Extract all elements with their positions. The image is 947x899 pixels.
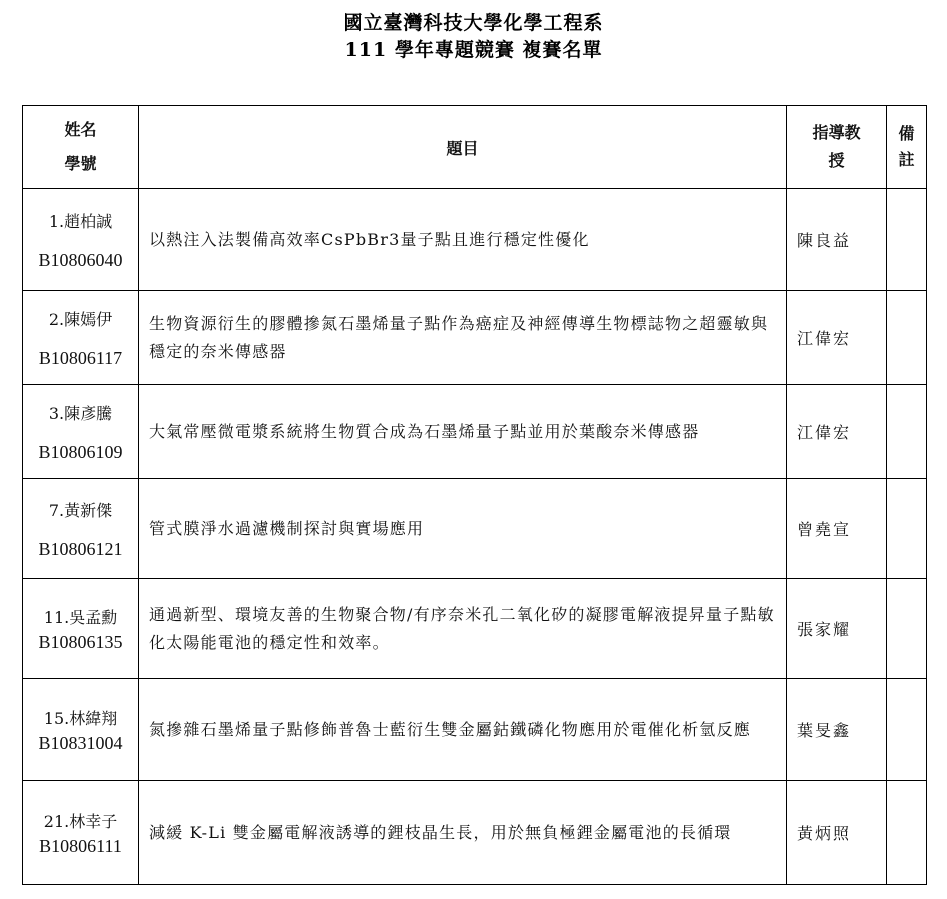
student-name: 11.吳孟勳 — [23, 605, 138, 628]
table-row: 7.黃新傑 B10806121 管式膜淨水過濾機制探討與實場應用 曾堯宣 — [23, 479, 927, 579]
student-name: 15.林緯翔 — [23, 706, 138, 729]
header-advisor-line1: 指導教 — [787, 119, 886, 147]
finalist-table: 姓名 學號 題目 指導教 授 備 註 1.趙柏誠 B10806040 以熱注入法… — [22, 105, 927, 885]
student-name: 2.陳嫣伊 — [23, 307, 138, 330]
student-id: B10806121 — [23, 539, 138, 560]
table-row: 15.林緯翔 B10831004 氮摻雜石墨烯量子點修飾普魯士藍衍生雙金屬鈷鐵磷… — [23, 679, 927, 781]
header-advisor: 指導教 授 — [787, 106, 887, 189]
topic-cell: 管式膜淨水過濾機制探討與實場應用 — [139, 479, 787, 579]
header-note-line2: 註 — [887, 147, 926, 173]
note-cell — [887, 385, 927, 479]
topic-cell: 生物資源衍生的膠體摻氮石墨烯量子點作為癌症及神經傳導生物標誌物之超靈敏與穩定的奈… — [139, 291, 787, 385]
student-cell: 1.趙柏誠 B10806040 — [23, 189, 139, 291]
advisor-cell: 曾堯宣 — [787, 479, 887, 579]
student-cell: 3.陳彥騰 B10806109 — [23, 385, 139, 479]
student-cell: 2.陳嫣伊 B10806117 — [23, 291, 139, 385]
student-id: B10806109 — [23, 442, 138, 463]
advisor-cell: 江偉宏 — [787, 385, 887, 479]
header-name-id: 姓名 學號 — [23, 106, 139, 189]
student-name: 21.林幸子 — [23, 809, 138, 832]
student-cell: 7.黃新傑 B10806121 — [23, 479, 139, 579]
title-competition: 111 學年專題競賽 複賽名單 — [0, 37, 947, 64]
topic-cell: 氮摻雜石墨烯量子點修飾普魯士藍衍生雙金屬鈷鐵磷化物應用於電催化析氫反應 — [139, 679, 787, 781]
table-row: 11.吳孟勳 B10806135 通過新型、環境友善的生物聚合物/有序奈米孔二氧… — [23, 579, 927, 679]
advisor-cell: 葉旻鑫 — [787, 679, 887, 781]
table-row: 21.林幸子 B10806111 減緩 K-Li 雙金屬電解液誘導的鋰枝晶生長，… — [23, 781, 927, 885]
table-row: 1.趙柏誠 B10806040 以熱注入法製備高效率CsPbBr3量子點且進行穩… — [23, 189, 927, 291]
header-name: 姓名 — [23, 113, 138, 147]
student-name: 3.陳彥騰 — [23, 401, 138, 424]
student-id: B10806040 — [23, 250, 138, 271]
note-cell — [887, 781, 927, 885]
topic-cell: 減緩 K-Li 雙金屬電解液誘導的鋰枝晶生長，用於無負極鋰金屬電池的長循環 — [139, 781, 787, 885]
note-cell — [887, 291, 927, 385]
title-department: 國立臺灣科技大學化學工程系 — [0, 10, 947, 37]
header-note: 備 註 — [887, 106, 927, 189]
header-row: 姓名 學號 題目 指導教 授 備 註 — [23, 106, 927, 189]
student-cell: 21.林幸子 B10806111 — [23, 781, 139, 885]
note-cell — [887, 579, 927, 679]
advisor-cell: 張家耀 — [787, 579, 887, 679]
advisor-cell: 黃炳照 — [787, 781, 887, 885]
document-title: 國立臺灣科技大學化學工程系 111 學年專題競賽 複賽名單 — [0, 10, 947, 64]
advisor-cell: 江偉宏 — [787, 291, 887, 385]
note-cell — [887, 479, 927, 579]
student-id: B10806117 — [23, 348, 138, 369]
topic-cell: 通過新型、環境友善的生物聚合物/有序奈米孔二氧化矽的凝膠電解液提昇量子點敏化太陽… — [139, 579, 787, 679]
header-student-id: 學號 — [23, 147, 138, 181]
topic-cell: 大氣常壓微電漿系統將生物質合成為石墨烯量子點並用於葉酸奈米傳感器 — [139, 385, 787, 479]
student-cell: 15.林緯翔 B10831004 — [23, 679, 139, 781]
table-row: 3.陳彥騰 B10806109 大氣常壓微電漿系統將生物質合成為石墨烯量子點並用… — [23, 385, 927, 479]
student-id: B10806111 — [23, 836, 138, 857]
student-cell: 11.吳孟勳 B10806135 — [23, 579, 139, 679]
student-id: B10806135 — [23, 632, 138, 653]
note-cell — [887, 189, 927, 291]
note-cell — [887, 679, 927, 781]
student-name: 1.趙柏誠 — [23, 209, 138, 232]
student-name: 7.黃新傑 — [23, 498, 138, 521]
table-row: 2.陳嫣伊 B10806117 生物資源衍生的膠體摻氮石墨烯量子點作為癌症及神經… — [23, 291, 927, 385]
topic-cell: 以熱注入法製備高效率CsPbBr3量子點且進行穩定性優化 — [139, 189, 787, 291]
student-id: B10831004 — [23, 733, 138, 754]
header-advisor-line2: 授 — [787, 147, 886, 175]
header-topic: 題目 — [139, 106, 787, 189]
advisor-cell: 陳良益 — [787, 189, 887, 291]
header-note-line1: 備 — [887, 121, 926, 147]
